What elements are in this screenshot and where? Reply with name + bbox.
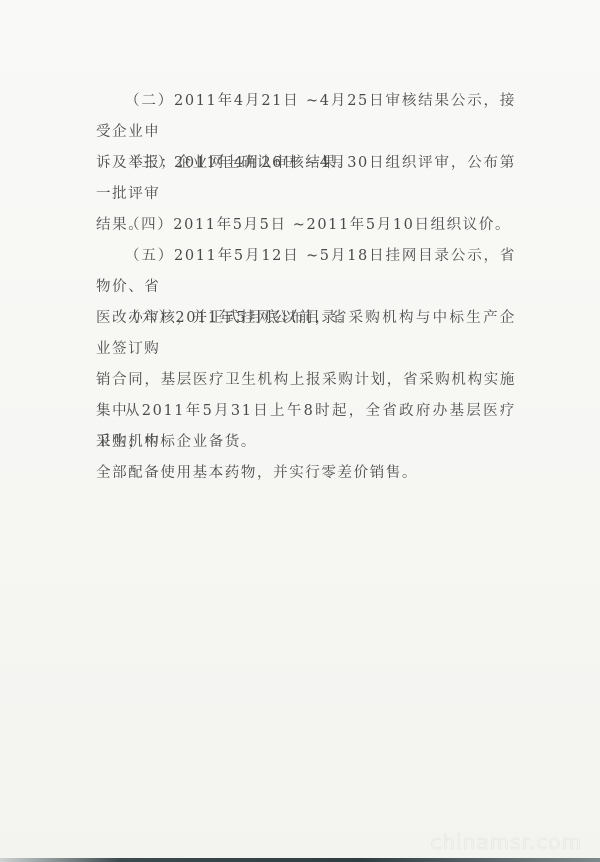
line: （二）2011年4月21日 ~4月25日审核结果公示，接受企业申 xyxy=(96,93,516,140)
paragraph-item-4: （四）2011年5月5日 ~2011年5月10日组织议价。 xyxy=(96,210,516,241)
document-page: （二）2011年4月21日 ~4月25日审核结果公示，接受企业申诉及举报；企业网… xyxy=(0,0,600,862)
line: （六）2011年5月底以前，省采购机构与中标生产企业签订购 xyxy=(96,310,516,357)
paragraph-closing: 从2011年5月31日上午8时起，全省政府办基层医疗卫生机构全部配备使用基本药物… xyxy=(96,396,516,489)
line: （三）2011年4月26日 ~4月30日组织评审，公布第一批评审 xyxy=(96,155,516,202)
line: 从2011年5月31日上午8时起，全省政府办基层医疗卫生机构 xyxy=(96,403,516,450)
line: （五）2011年5月12日 ~5月18日挂网目录公示，省物价、省 xyxy=(96,248,516,295)
line: 全部配备使用基本药物，并实行零差价销售。 xyxy=(96,465,418,481)
scan-edge xyxy=(0,858,600,862)
watermark: chinamsr.com xyxy=(430,830,582,854)
line: （四）2011年5月5日 ~2011年5月10日组织议价。 xyxy=(96,217,511,233)
